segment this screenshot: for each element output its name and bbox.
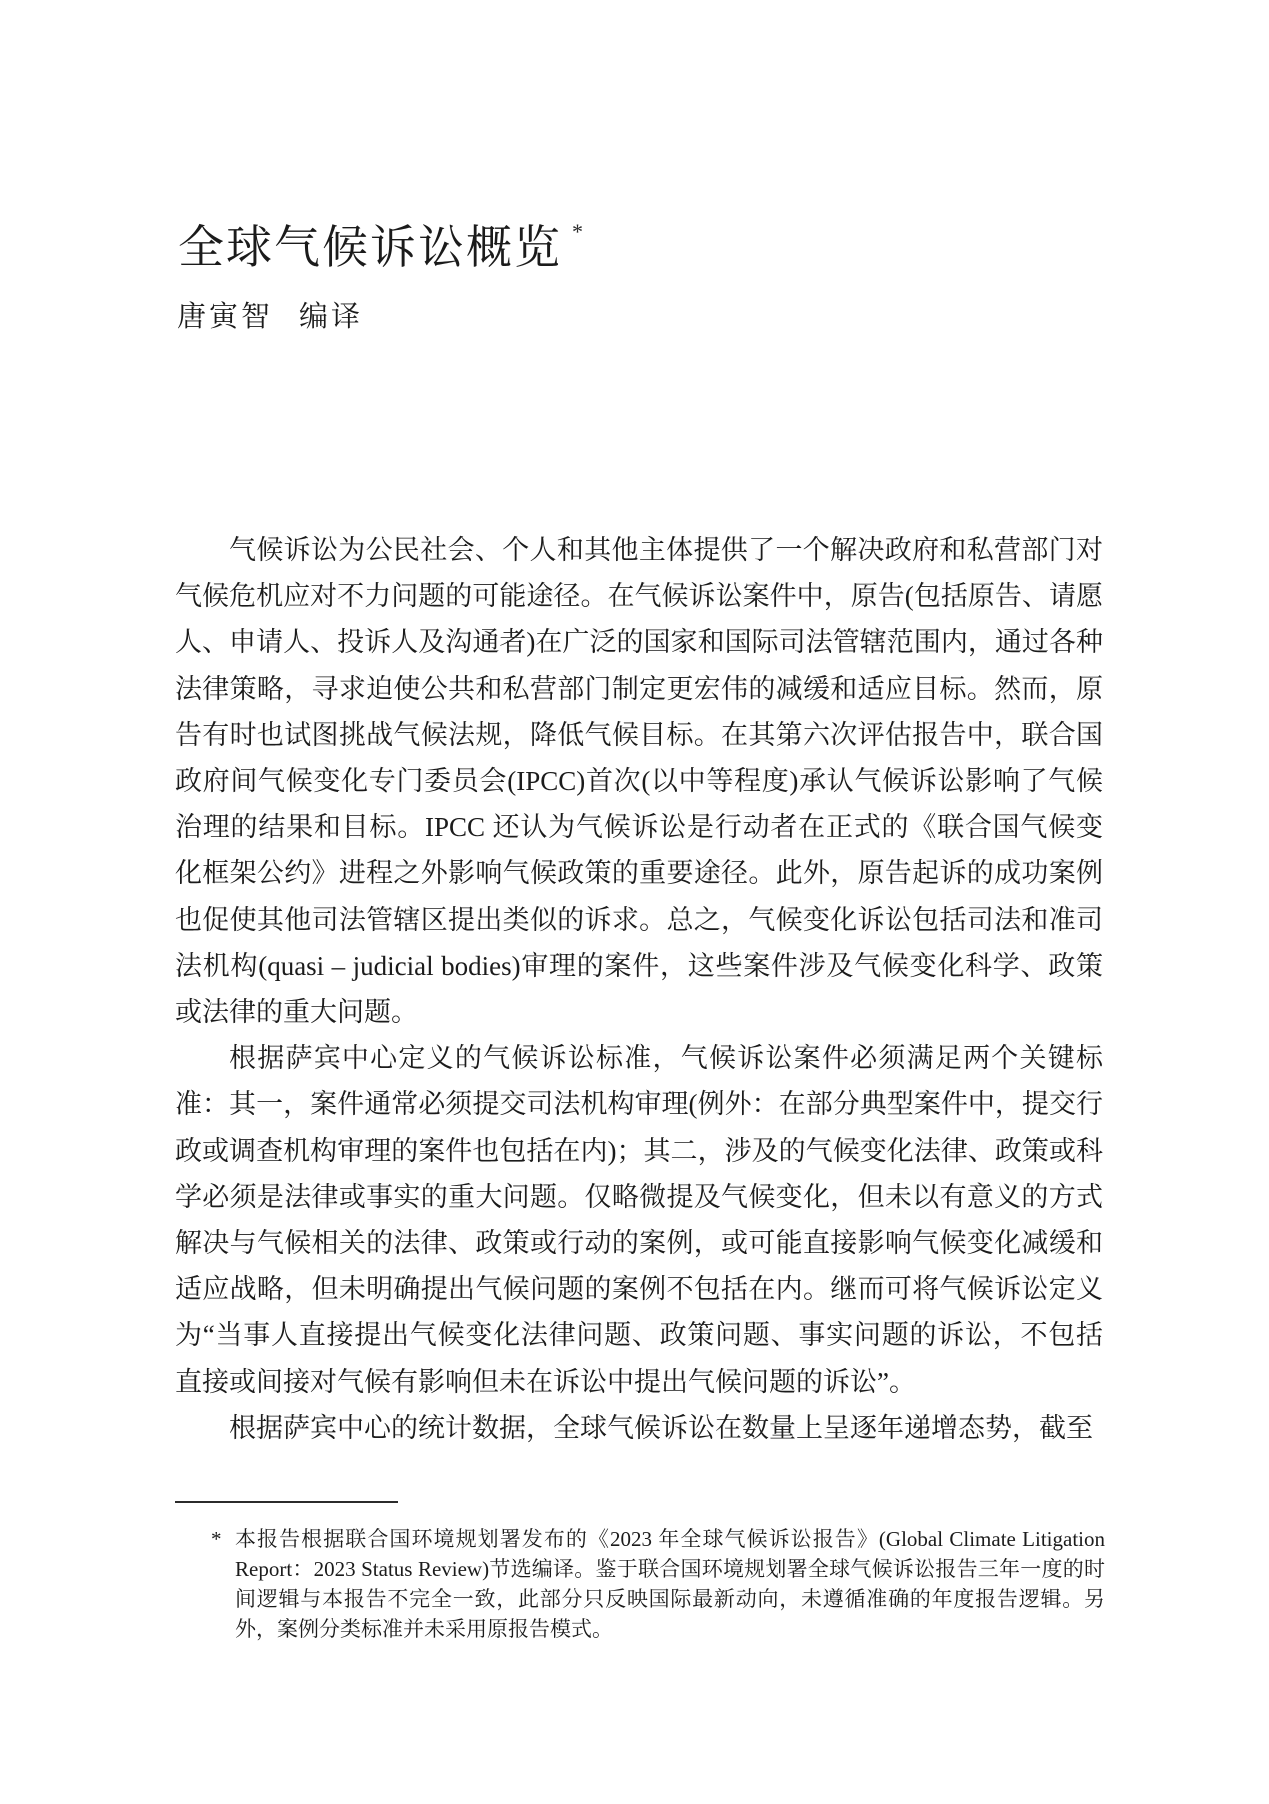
paragraph-2: 根据萨宾中心定义的气候诉讼标准，气候诉讼案件必须满足两个关键标准：其一，案件通常… [175,1035,1103,1405]
footnote-marker: * [211,1524,235,1554]
body-text: 气候诉讼为公民社会、个人和其他主体提供了一个解决政府和私营部门对气候危机应对不力… [175,527,1103,1451]
document-page: 全球气候诉讼概览* 唐寅智编译 气候诉讼为公民社会、个人和其他主体提供了一个解决… [0,0,1269,1804]
byline: 唐寅智编译 [177,299,363,335]
title-footnote-marker: * [572,219,583,244]
page-title-text: 全球气候诉讼概览 [178,222,562,273]
page-title: 全球气候诉讼概览* [178,219,583,275]
footnote-divider [175,1501,398,1503]
footnote-text: 本报告根据联合国环境规划署发布的《2023 年全球气候诉讼报告》(Global … [235,1524,1105,1644]
footnote: * 本报告根据联合国环境规划署发布的《2023 年全球气候诉讼报告》(Globa… [211,1524,1105,1644]
author-name: 唐寅智 [177,301,273,333]
paragraph-1: 气候诉讼为公民社会、个人和其他主体提供了一个解决政府和私营部门对气候危机应对不力… [175,527,1103,1035]
paragraph-3: 根据萨宾中心的统计数据，全球气候诉讼在数量上呈逐年递增态势，截至 [175,1405,1103,1451]
author-role: 编译 [299,301,363,333]
